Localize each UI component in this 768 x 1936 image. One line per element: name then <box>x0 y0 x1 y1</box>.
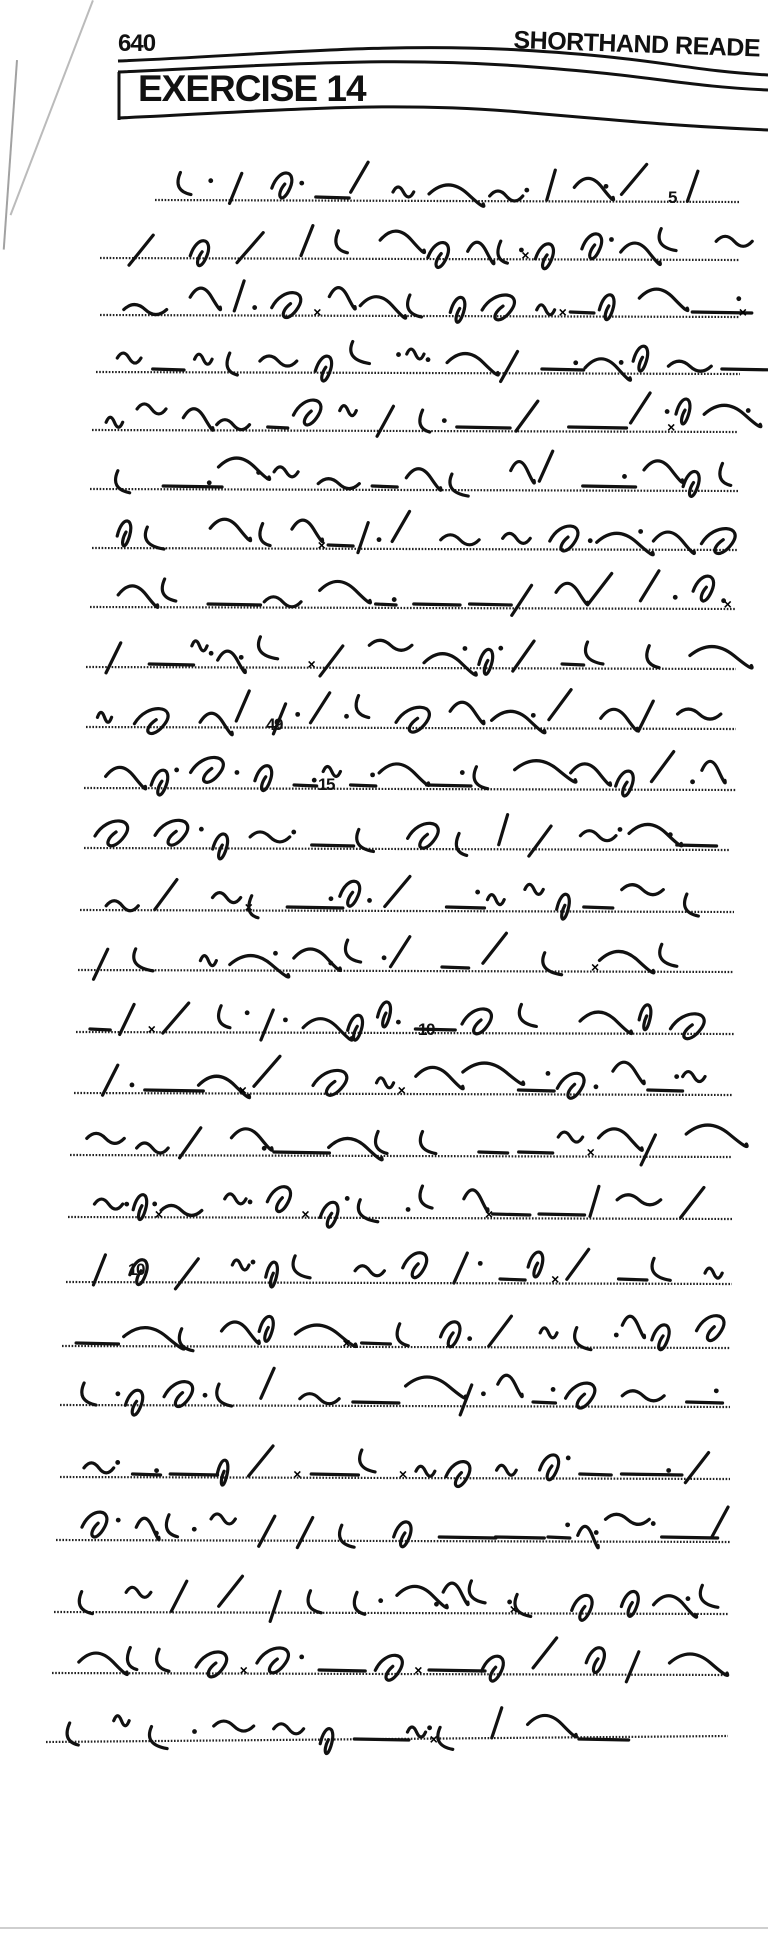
shorthand-outline <box>439 1537 496 1538</box>
full-stop-mark: × <box>342 1335 350 1351</box>
shorthand-outline <box>537 305 555 315</box>
shorthand-outline <box>424 654 476 675</box>
vowel-dot <box>115 1391 120 1396</box>
vowel-dot <box>531 713 536 718</box>
vowel-dot <box>666 1468 671 1473</box>
shorthand-outline <box>249 896 258 918</box>
shorthand-outline <box>340 1525 355 1547</box>
shorthand-outline <box>482 1656 504 1681</box>
shorthand-outline <box>638 701 653 731</box>
ruled-dotted-line <box>155 200 740 202</box>
shorthand-outline <box>606 1514 650 1524</box>
shorthand-outline <box>518 1090 554 1091</box>
ruled-dotted-line <box>60 1477 730 1479</box>
shorthand-outline <box>446 1462 470 1487</box>
shorthand-outline <box>456 833 466 855</box>
shorthand-outline <box>621 243 661 264</box>
vowel-dot <box>594 1084 599 1089</box>
shorthand-outline <box>660 944 677 966</box>
vowel-dot <box>252 305 257 310</box>
shorthand-outline <box>249 1446 273 1476</box>
vowel-dot <box>565 1522 570 1527</box>
shorthand-outline <box>82 1383 96 1405</box>
shorthand-outline <box>589 573 612 603</box>
vowel-dot <box>686 1596 691 1601</box>
vowel-dot <box>546 1071 551 1076</box>
shorthand-outline <box>178 173 191 195</box>
vowel-dot <box>714 1388 719 1393</box>
shorthand-outline <box>259 1516 275 1546</box>
shorthand-outline <box>446 907 484 908</box>
shorthand-outline <box>311 1474 358 1475</box>
shorthand-outline <box>356 696 369 718</box>
vowel-dot <box>442 418 447 423</box>
vowel-dot <box>604 184 609 189</box>
shorthand-outline <box>408 295 422 317</box>
shorthand-outline <box>487 895 504 905</box>
shorthand-outline <box>579 1739 629 1740</box>
vowel-dot <box>299 1655 304 1660</box>
vowel-dot <box>207 480 212 485</box>
shorthand-outline <box>255 766 272 791</box>
vowel-dot <box>674 1074 679 1079</box>
shorthand-outline <box>358 1200 377 1222</box>
shorthand-outline <box>190 241 208 266</box>
shorthand-outline <box>261 1010 273 1040</box>
shorthand-outline <box>213 834 228 859</box>
full-stop-mark: × <box>313 304 321 320</box>
shorthand-outline <box>274 1724 304 1734</box>
shorthand-outline <box>633 346 648 371</box>
shorthand-outline <box>329 288 355 309</box>
shorthand-outline <box>157 1649 169 1671</box>
shorthand-outline <box>351 785 376 786</box>
vowel-dot <box>299 181 304 186</box>
shorthand-outline <box>441 1322 460 1347</box>
shorthand-outline <box>394 1522 411 1547</box>
full-stop-mark: × <box>240 1662 248 1678</box>
shorthand-outline <box>377 1078 394 1088</box>
shorthand-outline <box>227 353 237 375</box>
shorthand-outline <box>257 1648 289 1673</box>
vowel-dot <box>392 597 397 602</box>
shorthand-outline <box>106 767 146 788</box>
shorthand-outline <box>312 845 354 846</box>
vowel-dot <box>427 1725 432 1730</box>
shorthand-outline <box>137 1143 169 1153</box>
shorthand-outline <box>681 1188 704 1218</box>
vowel-dot <box>203 1393 208 1398</box>
shorthand-outline <box>93 1255 105 1285</box>
vowel-dot <box>377 537 382 542</box>
vowel-dot <box>378 1598 383 1603</box>
vowel-dot <box>463 646 468 651</box>
shorthand-outline <box>427 785 471 786</box>
shorthand-outline <box>525 884 543 894</box>
shorthand-outline <box>222 1322 260 1343</box>
shorthand-outline <box>94 1199 122 1209</box>
shorthand-outline <box>380 231 424 252</box>
shorthand-outline <box>557 894 570 919</box>
shorthand-outline <box>155 820 188 845</box>
vowel-dot <box>475 890 480 895</box>
shorthand-outline <box>429 185 484 206</box>
shorthand-outline <box>76 1343 118 1344</box>
shorthand-outline <box>479 649 493 674</box>
shorthand-outline <box>616 771 634 796</box>
shorthand-outline <box>578 1526 599 1547</box>
vowel-dot <box>192 1729 197 1734</box>
shorthand-outline <box>272 173 292 198</box>
vowel-dot <box>124 1202 129 1207</box>
shorthand-outline <box>687 171 697 201</box>
shorthand-outline <box>597 533 654 554</box>
shorthand-outline <box>629 824 682 845</box>
shorthand-outline <box>208 604 260 605</box>
shorthand-outline <box>580 1012 632 1033</box>
vowel-dot <box>130 1083 135 1088</box>
full-stop-mark: × <box>414 1662 422 1678</box>
full-stop-mark: × <box>301 1206 309 1222</box>
shorthand-outline <box>558 1132 582 1142</box>
shorthand-outline <box>644 461 683 482</box>
full-stop-mark: × <box>591 959 599 975</box>
shorthand-outline <box>499 815 508 845</box>
shorthand-outline <box>218 458 269 479</box>
vowel-dot <box>344 714 349 719</box>
shorthand-outline <box>500 1279 525 1280</box>
shorthand-outline <box>127 1648 136 1670</box>
shorthand-outline <box>149 1727 167 1749</box>
shorthand-outline <box>328 545 353 546</box>
shorthand-outline <box>211 1514 235 1524</box>
shorthand-outline <box>310 693 329 723</box>
shorthand-outline <box>114 1716 129 1726</box>
full-stop-mark: × <box>293 1466 301 1482</box>
vowel-dot <box>614 1333 619 1338</box>
shorthand-outline <box>120 1004 134 1034</box>
shorthand-outline <box>712 1507 728 1537</box>
shorthand-outline <box>659 229 676 251</box>
shorthand-outline <box>539 1214 585 1215</box>
shorthand-outline <box>145 1090 204 1091</box>
ruled-dotted-line <box>86 667 736 669</box>
vowel-dot <box>524 188 529 193</box>
vowel-dot <box>396 352 401 357</box>
full-stop-mark: × <box>308 656 316 672</box>
shorthand-outline <box>414 604 460 605</box>
shorthand-outline <box>647 646 659 668</box>
shorthand-outline <box>590 1186 599 1216</box>
shorthand-outline <box>450 702 484 723</box>
shorthand-outline <box>192 641 207 651</box>
shorthand-outline <box>254 1056 280 1086</box>
ruled-dotted-line <box>84 788 736 790</box>
shorthand-outline <box>340 881 360 906</box>
shorthand-outline <box>200 956 216 966</box>
shorthand-outline <box>166 1515 177 1537</box>
shorthand-outline <box>454 1253 467 1283</box>
shorthand-outline <box>267 1187 290 1212</box>
shorthand-outline <box>599 295 614 320</box>
shorthand-outline <box>397 1586 447 1607</box>
shorthand-outline <box>87 1133 124 1143</box>
vowel-dot <box>460 770 465 775</box>
shorthand-outline <box>171 1581 186 1611</box>
vowel-dot <box>396 1020 401 1025</box>
shorthand-outline <box>300 1394 339 1404</box>
shorthand-outline <box>683 472 699 497</box>
shorthand-outline <box>720 463 731 485</box>
shorthand-outline <box>308 1591 321 1613</box>
shorthand-outline <box>360 1450 375 1472</box>
shorthand-outline <box>391 937 410 967</box>
full-stop-mark: × <box>148 1021 156 1037</box>
shorthand-outline <box>259 1316 273 1341</box>
shorthand-outline <box>137 404 166 414</box>
vowel-dot <box>382 955 387 960</box>
shorthand-outline <box>652 1258 670 1280</box>
shorthand-outline <box>372 486 397 487</box>
shorthand-outline <box>210 519 250 540</box>
shorthand-outline <box>406 1377 467 1398</box>
shorthand-outline <box>570 312 594 313</box>
vowel-dot <box>551 1387 556 1392</box>
vowel-dot <box>329 896 334 901</box>
shorthand-outline <box>258 637 277 659</box>
shorthand-outline <box>362 1343 391 1344</box>
ruled-dotted-line <box>80 910 734 912</box>
shorthand-outline <box>217 420 250 430</box>
ruled-dotted-line <box>96 372 740 374</box>
shorthand-outline <box>320 1202 338 1227</box>
full-stop-mark: × <box>551 1271 559 1287</box>
shorthand-outline <box>272 293 301 318</box>
shorthand-outline <box>498 1375 522 1396</box>
shorthand-outline <box>519 1152 553 1153</box>
vowel-dot <box>668 832 673 837</box>
shorthand-outline <box>358 523 368 553</box>
shorthand-outline <box>260 524 270 546</box>
vowel-dot <box>573 360 578 365</box>
vowel-dot <box>594 1530 599 1535</box>
shorthand-outline <box>496 1537 545 1538</box>
shorthand-outline <box>722 369 768 370</box>
shorthand-outline <box>213 893 241 903</box>
shorthand-outline <box>195 354 213 364</box>
shorthand-outline <box>683 1072 705 1082</box>
vowel-dot <box>256 470 261 475</box>
shorthand-outline <box>548 1537 570 1538</box>
shorthand-outline <box>136 1518 159 1539</box>
shorthand-outline <box>631 393 651 423</box>
shorthand-outline <box>450 474 468 496</box>
vowel-dot <box>426 357 431 362</box>
vowel-dot <box>199 827 204 832</box>
shorthand-outline <box>375 1655 402 1680</box>
shorthand-text-block: ××××××××××××××××××××××××× <box>0 0 768 1936</box>
shorthand-outline <box>572 1595 592 1620</box>
shorthand-outline <box>320 646 343 676</box>
shorthand-outline <box>566 1383 595 1408</box>
shorthand-outline <box>151 770 168 795</box>
shorthand-outline <box>397 1324 408 1346</box>
vowel-dot <box>566 1456 571 1461</box>
shorthand-outline <box>599 951 653 972</box>
ruled-dotted-line <box>62 1346 730 1348</box>
shorthand-outline <box>528 1715 577 1736</box>
shorthand-outline <box>429 1670 485 1671</box>
vowel-dot <box>262 1146 267 1151</box>
ruled-dotted-line <box>56 1540 730 1542</box>
vowel-dot <box>370 772 375 777</box>
shorthand-outline <box>175 1259 198 1289</box>
vowel-dot <box>192 1527 197 1532</box>
vowel-dot <box>618 827 623 832</box>
shorthand-outline <box>134 949 153 971</box>
shorthand-outline <box>84 1463 114 1473</box>
shorthand-outline <box>126 1587 151 1597</box>
shorthand-outline <box>539 451 552 481</box>
shorthand-outline <box>677 845 717 846</box>
shorthand-outline <box>261 1368 274 1398</box>
shorthand-outline <box>351 342 370 364</box>
shorthand-outline <box>622 885 664 895</box>
shorthand-outline <box>106 643 121 673</box>
shorthand-outline <box>225 1194 246 1204</box>
shorthand-outline <box>489 1316 512 1346</box>
shorthand-outline <box>462 1009 491 1034</box>
shorthand-outline <box>420 1186 432 1208</box>
shorthand-outline <box>237 233 263 263</box>
full-stop-mark: × <box>239 1082 247 1098</box>
shorthand-outline <box>668 361 711 371</box>
shorthand-outline <box>705 1268 722 1278</box>
shorthand-outline <box>470 604 512 605</box>
shorthand-outline <box>191 757 224 782</box>
shorthand-outline <box>457 427 510 428</box>
vowel-dot <box>283 1017 288 1022</box>
vowel-dot <box>690 779 695 784</box>
shorthand-outline <box>652 1325 669 1350</box>
shorthand-outline <box>183 409 213 430</box>
shorthand-outline <box>516 401 538 431</box>
shorthand-outline <box>270 1591 280 1621</box>
shorthand-outline <box>669 1654 727 1675</box>
shorthand-outline <box>662 1537 718 1538</box>
vowel-dot <box>619 360 624 365</box>
shorthand-outline <box>686 1125 747 1146</box>
shorthand-outline <box>515 761 576 782</box>
shorthand-outline <box>696 1316 724 1341</box>
shorthand-outline <box>214 1721 254 1731</box>
shorthand-outline <box>315 356 331 381</box>
shorthand-outline <box>542 369 584 370</box>
full-stop-mark: × <box>739 304 747 320</box>
shorthand-outline <box>599 1129 643 1150</box>
full-stop-mark: × <box>587 1144 595 1160</box>
shorthand-outline <box>492 711 545 732</box>
shorthand-outline <box>313 1070 347 1095</box>
shorthand-outline <box>320 581 371 602</box>
shorthand-outline <box>145 527 164 549</box>
shorthand-outline <box>678 709 721 719</box>
shorthand-outline <box>163 1003 189 1033</box>
vowel-dot <box>273 951 278 956</box>
shorthand-outline <box>640 571 658 601</box>
shorthand-outline <box>442 967 469 968</box>
shorthand-outline <box>622 1316 644 1337</box>
ruled-dotted-line <box>100 258 740 260</box>
shorthand-outline <box>355 1266 384 1276</box>
shorthand-outline <box>493 1214 530 1215</box>
shorthand-outline <box>385 876 410 906</box>
shorthand-outline <box>693 576 713 601</box>
numeral: 10 <box>418 1020 434 1040</box>
vowel-dot <box>116 1518 121 1523</box>
ruled-dotted-line <box>76 1032 734 1034</box>
shorthand-outline <box>503 533 531 543</box>
vowel-dot <box>736 296 741 301</box>
shorthand-outline <box>601 709 638 730</box>
shorthand-outline <box>585 642 602 664</box>
shorthand-outline <box>134 709 168 734</box>
shorthand-outline <box>468 242 494 263</box>
shorthand-outline <box>407 1727 425 1737</box>
shorthand-outline <box>379 764 429 785</box>
shorthand-outline <box>234 281 244 311</box>
vowel-dot <box>328 961 333 966</box>
shorthand-outline <box>420 410 430 432</box>
shorthand-outline <box>441 535 479 545</box>
ruled-dotted-line <box>90 607 736 609</box>
shorthand-outline <box>376 604 396 605</box>
shorthand-outline <box>162 579 176 601</box>
shorthand-outline <box>354 1739 409 1740</box>
shorthand-outline <box>274 1152 330 1153</box>
shorthand-outline <box>320 1729 333 1754</box>
vowel-dot <box>174 768 179 773</box>
vowel-dot <box>115 1460 120 1465</box>
shorthand-outline <box>582 234 602 259</box>
shorthand-outline <box>294 949 341 970</box>
shorthand-outline <box>369 640 412 650</box>
shorthand-outline <box>556 583 588 604</box>
ruled-dotted-line <box>66 1282 732 1284</box>
shorthand-outline <box>492 1708 502 1738</box>
shorthand-outline <box>617 1195 661 1205</box>
shorthand-outline <box>621 1474 681 1475</box>
numeral: 49 <box>266 715 282 735</box>
shorthand-outline <box>512 585 532 615</box>
shorthand-outline <box>528 1252 543 1277</box>
vowel-dot <box>345 1196 350 1201</box>
shorthand-outline <box>376 1131 388 1153</box>
shorthand-outline <box>575 1328 591 1350</box>
vowel-dot <box>434 1602 439 1607</box>
shorthand-outline <box>354 1592 365 1614</box>
shorthand-outline <box>230 173 242 203</box>
shorthand-outline <box>447 354 498 375</box>
shorthand-outline <box>574 178 613 199</box>
shorthand-outline <box>585 359 630 380</box>
shorthand-outline <box>116 471 130 493</box>
shorthand-outline <box>67 1723 78 1745</box>
shorthand-outline <box>217 1384 232 1406</box>
vowel-dot <box>295 712 300 717</box>
shorthand-outline <box>155 880 177 910</box>
shorthand-outline <box>149 664 193 665</box>
